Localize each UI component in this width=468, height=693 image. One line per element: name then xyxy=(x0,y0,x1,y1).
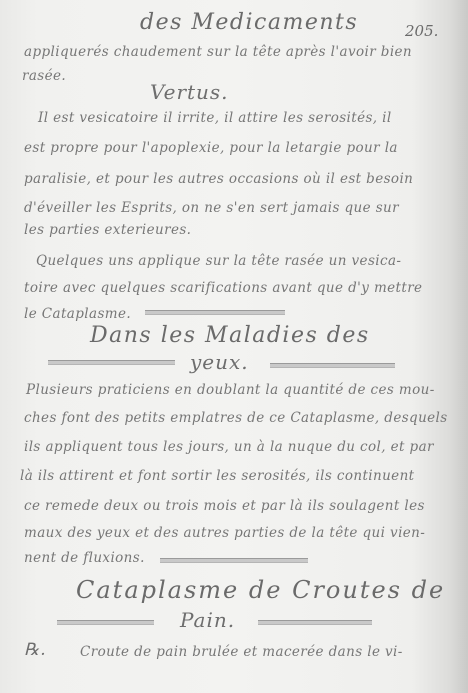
section-heading-yeux-line-2: yeux. xyxy=(190,350,249,374)
text-line: ches font des petits emplatres de ce Cat… xyxy=(24,410,448,426)
recipe-marker: ℞. xyxy=(24,640,47,660)
text-line: rasée. xyxy=(22,68,66,84)
text-line: Croute de pain brulée et macerée dans le… xyxy=(80,644,403,660)
text-line: ils appliquent tous les jours, un à la n… xyxy=(24,439,434,455)
decorative-rule xyxy=(145,310,285,315)
text-line: le Cataplasme. xyxy=(24,306,131,322)
text-line: est propre pour l'apoplexie, pour la let… xyxy=(24,140,398,156)
page-number: 205. xyxy=(405,22,438,40)
text-line: maux des yeux et des autres parties de l… xyxy=(24,525,425,541)
section-heading-cataplasme-line-2: Pain. xyxy=(180,608,235,632)
decorative-rule xyxy=(48,360,175,365)
decorative-rule xyxy=(270,363,395,368)
text-line: Il est vesicatoire il irrite, il attire … xyxy=(38,110,392,126)
text-line: paralisie, et pour les autres occasions … xyxy=(24,171,413,187)
text-line: les parties exterieures. xyxy=(24,222,191,238)
text-line: nent de fluxions. xyxy=(24,550,145,566)
text-line: Quelques uns applique sur la tête rasée … xyxy=(36,253,401,269)
text-line: Plusieurs praticiens en doublant la quan… xyxy=(26,382,435,398)
text-line: d'éveiller les Esprits, on ne s'en sert … xyxy=(24,200,399,216)
section-heading-yeux-line-1: Dans les Maladies des xyxy=(90,323,370,348)
running-title: des Medicaments xyxy=(140,10,358,35)
section-heading-vertus: Vertus. xyxy=(150,80,229,104)
text-line: appliquerés chaudement sur la tête après… xyxy=(24,44,412,60)
text-line: toire avec quelques scarifications avant… xyxy=(24,280,422,296)
decorative-rule xyxy=(160,558,308,563)
text-line: là ils attirent et font sortir les seros… xyxy=(20,468,415,484)
section-heading-cataplasme-line-1: Cataplasme de Croutes de xyxy=(76,576,445,604)
decorative-rule xyxy=(258,620,372,625)
decorative-rule xyxy=(57,620,154,625)
text-line: ce remede deux ou trois mois et par là i… xyxy=(24,498,425,514)
manuscript-page: des Medicaments 205. appliquerés chaudem… xyxy=(0,0,468,693)
